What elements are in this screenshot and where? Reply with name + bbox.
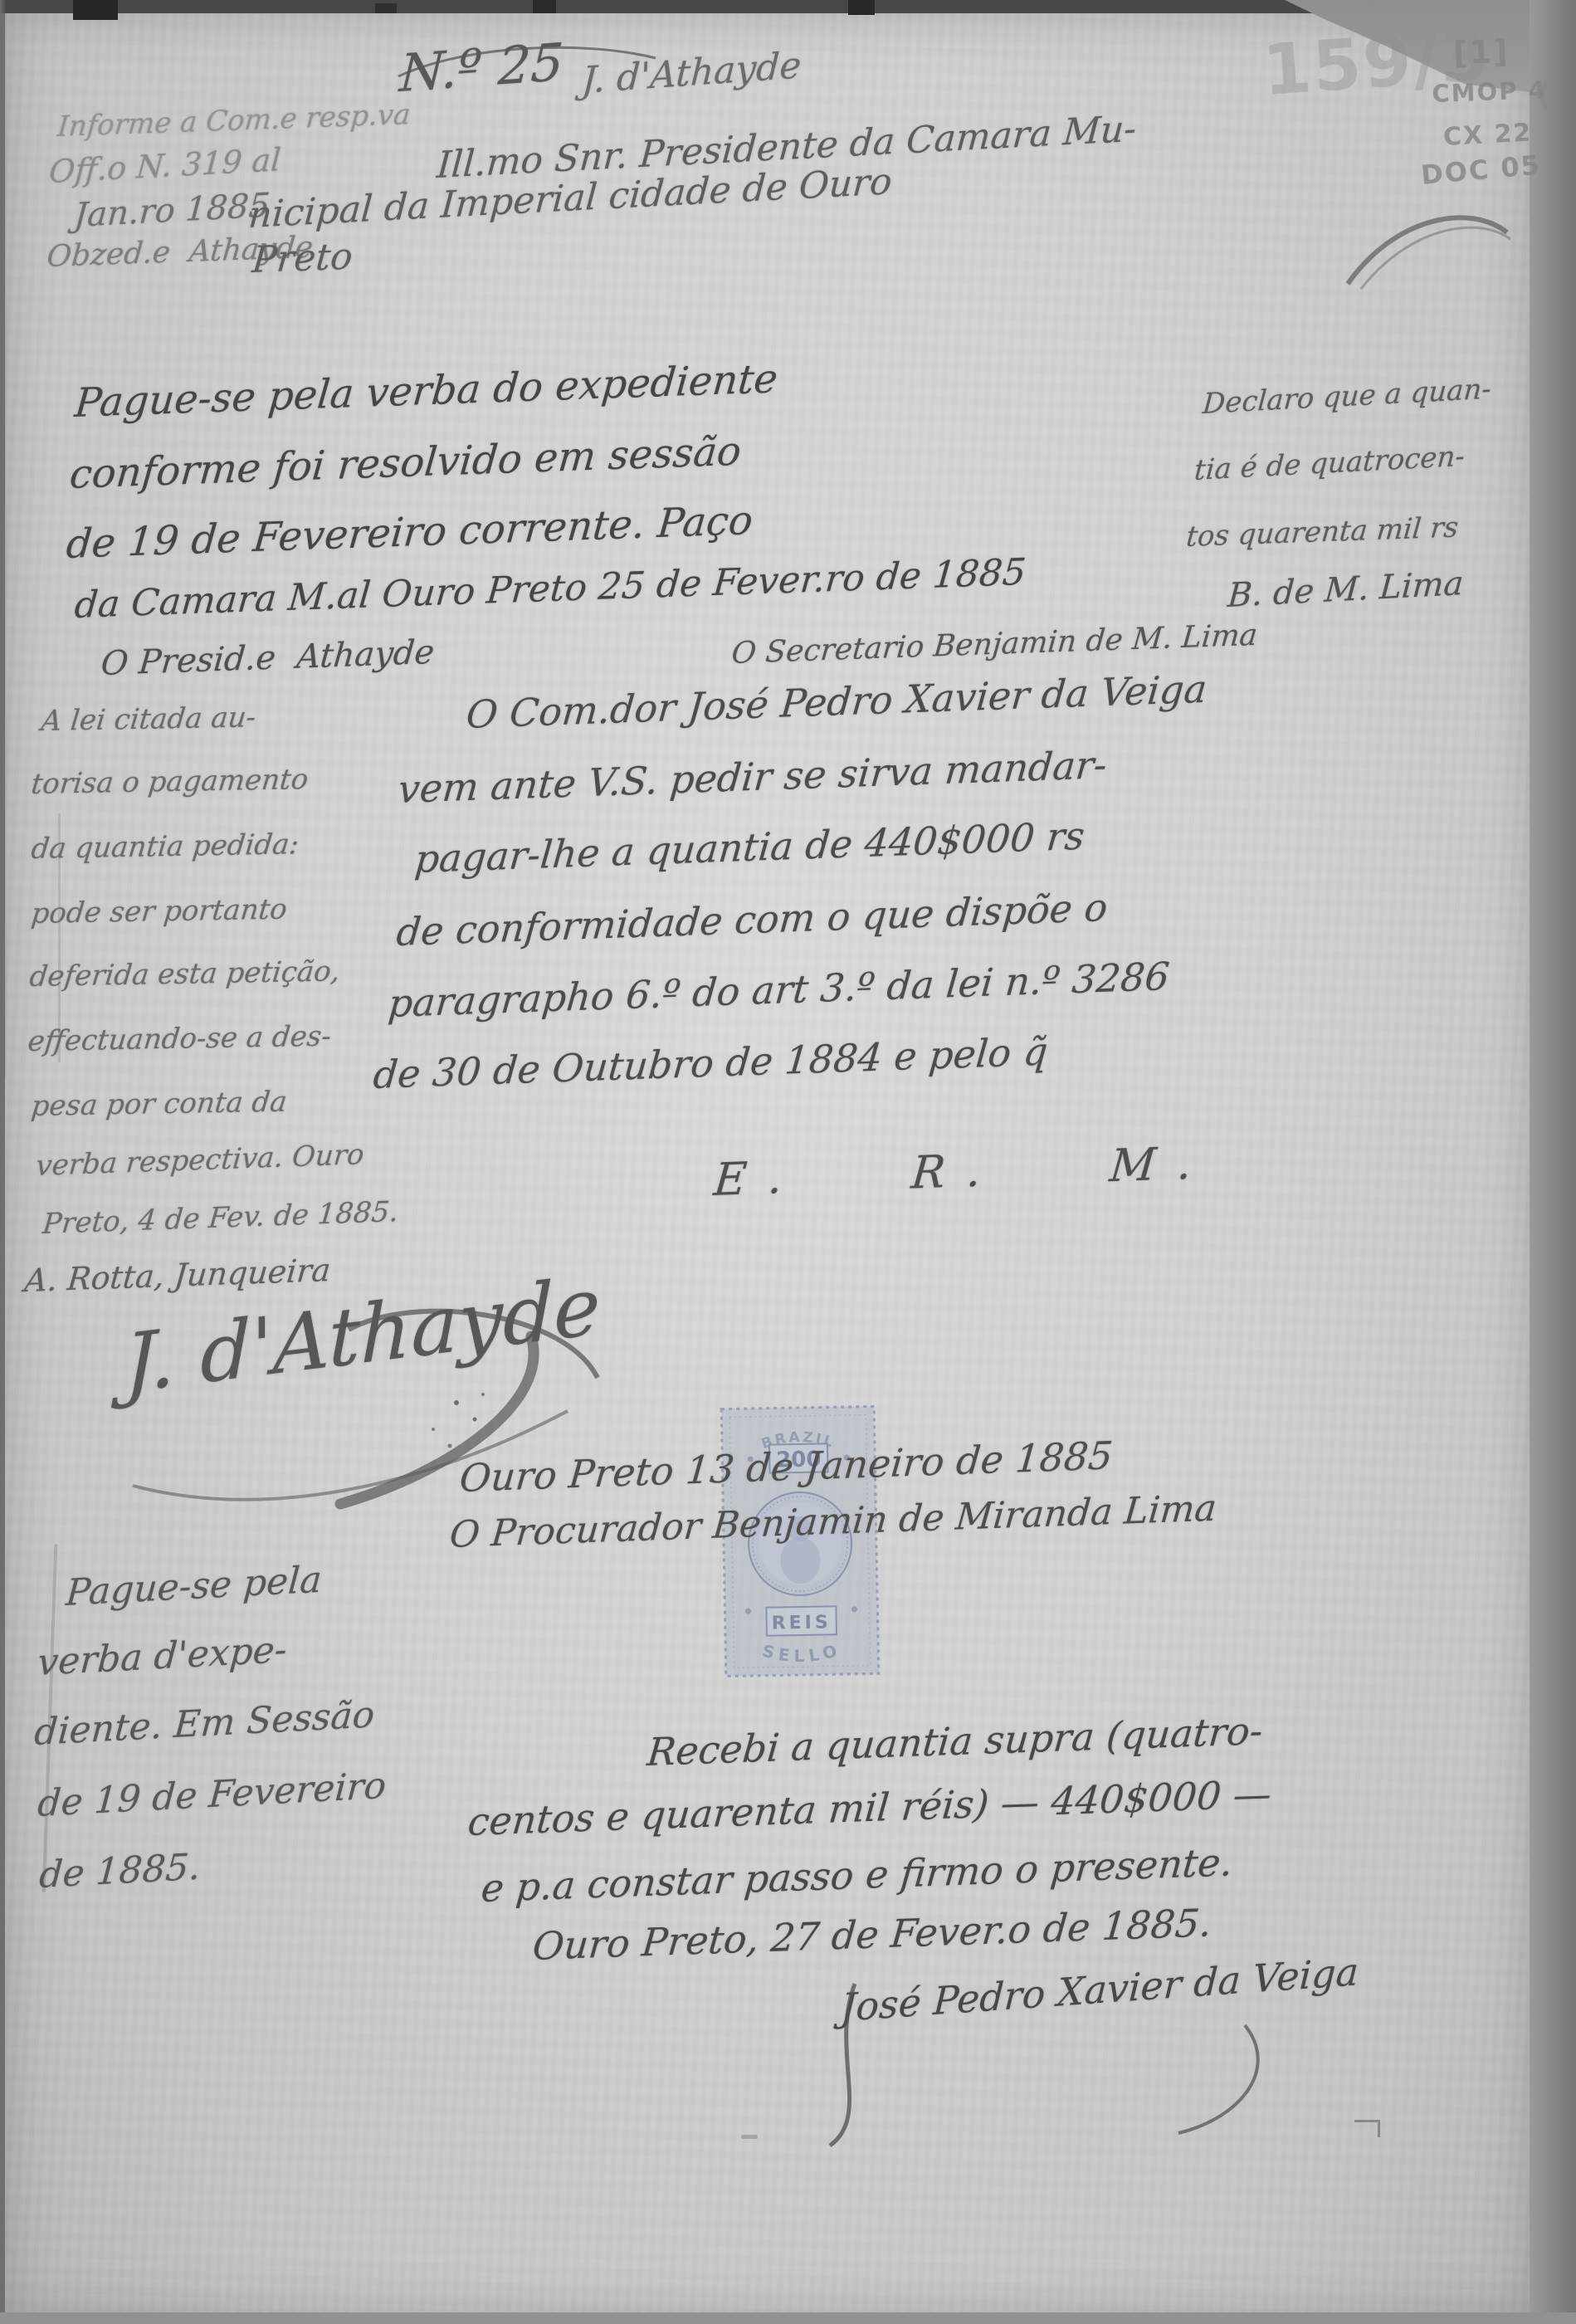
stamp-unit-label: REIS <box>771 1612 831 1633</box>
scan-top-mark <box>533 0 556 13</box>
scan-top-mark <box>375 3 397 13</box>
parecer-line: da quantia pedida: <box>30 830 300 863</box>
pen-flourish-mark <box>1336 196 1527 304</box>
receipt-signature-flourish <box>780 1975 1311 2158</box>
scan-top-mark <box>848 0 875 15</box>
corner-registration-mark <box>1354 2120 1380 2137</box>
parecer-line: effectuando-se a des- <box>27 1023 333 1056</box>
document-number: N.º 25 <box>398 37 565 100</box>
address-line: Preto <box>251 239 354 279</box>
box-code-annotation: CX 22 <box>1442 118 1533 152</box>
parecer-line: deferida esta petição, <box>28 957 341 991</box>
scan-top-mark <box>73 0 118 20</box>
fund-code-annotation: CMOP 4 <box>1432 76 1547 108</box>
scan-right-band <box>1530 0 1576 2324</box>
despacho2-line: de 1885. <box>38 1849 202 1894</box>
scan-bottom-band <box>0 2312 1576 2324</box>
parecer-line: torisa o pagamento <box>30 765 310 798</box>
declaration-line: tos quarenta mil rs <box>1185 513 1460 551</box>
small-smudge <box>741 2135 758 2139</box>
paren-mark-annotation: ( <box>1537 78 1552 112</box>
margin-note: Jan.ro 1885 <box>73 188 271 232</box>
parecer-line: A lei citada au- <box>40 703 257 735</box>
parecer-line: pesa por conta da <box>30 1088 288 1120</box>
page-bracket-annotation: [1] <box>1452 33 1510 71</box>
scan-left-edge <box>0 0 7 1079</box>
parecer-line: pode ser portanto <box>30 896 289 928</box>
scanned-document-page: 159/3 [1] CMOP 4 CX 22 DOC 05 ( N.º 25 J… <box>0 0 1576 2324</box>
